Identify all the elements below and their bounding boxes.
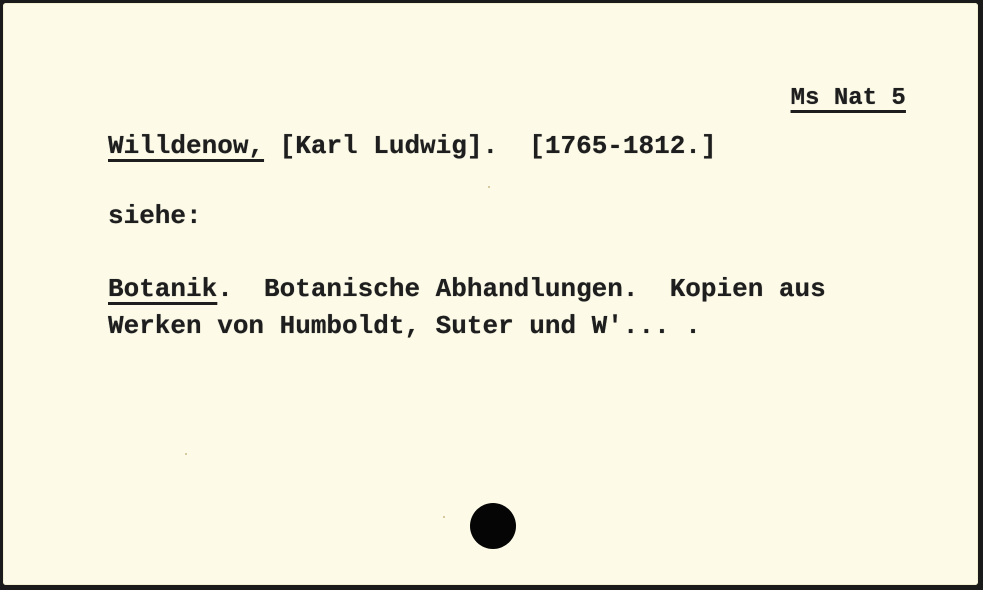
shelfmark: Ms Nat 5 — [733, 63, 906, 135]
author-given-names: [Karl Ludwig]. — [264, 131, 498, 161]
paper-speck — [185, 453, 187, 455]
reference-subject: Botanik — [108, 274, 217, 304]
reference-line-1: Botanik. Botanische Abhandlungen. Kopien… — [108, 276, 826, 302]
see-reference-label: siehe: — [108, 203, 202, 229]
catalog-card: Ms Nat 5 Willdenow, [Karl Ludwig]. [1765… — [3, 3, 978, 585]
shelfmark-text: Ms Nat 5 — [791, 85, 906, 112]
paper-speck — [488, 186, 490, 188]
punch-hole-icon — [470, 503, 516, 549]
reference-title: . Botanische Abhandlungen. Kopien aus — [217, 274, 826, 304]
paper-speck — [443, 516, 445, 518]
author-surname: Willdenow, — [108, 131, 264, 161]
author-heading: Willdenow, [Karl Ludwig]. [1765-1812.] — [108, 133, 717, 159]
reference-line-2: Werken von Humboldt, Suter und W'... . — [108, 313, 701, 339]
author-life-dates: [1765-1812.] — [498, 131, 716, 161]
